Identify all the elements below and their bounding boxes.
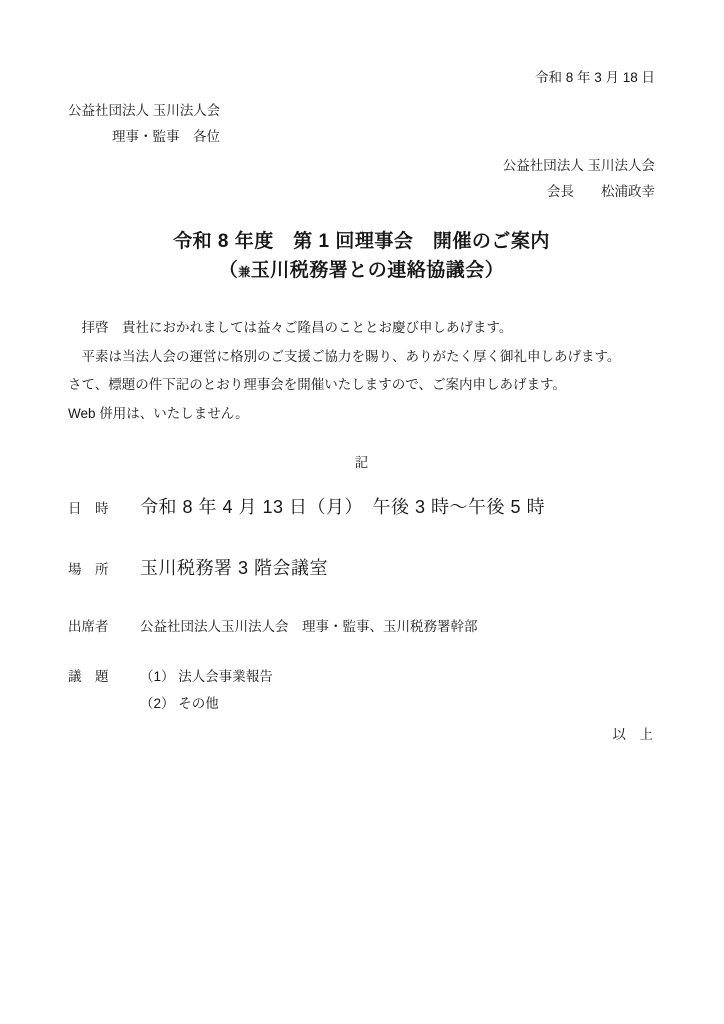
place-label: 場 所 (68, 557, 140, 583)
detail-row-datetime: 日 時 令和 8 年 4 月 13 日（月） 午後 3 時～午後 5 時 (68, 494, 655, 522)
document-subtitle: （兼玉川税務署との連絡協議会） (68, 256, 655, 287)
agenda-item-1: （1） 法人会事業報告 (140, 664, 273, 690)
agenda-item-2: （2） その他 (140, 690, 273, 718)
greeting-line-1: 拝啓 貴社におかれましては益々ご隆昌のこととお慶び申しあげます。 (68, 314, 655, 343)
subtitle-small-kanji: 兼 (238, 265, 251, 279)
record-mark: 記 (68, 449, 655, 477)
web-note-line: Web 併用は、いたしません。 (68, 400, 655, 429)
subtitle-open-paren: （ (219, 260, 239, 281)
detail-row-attendees: 出席者 公益社団法人玉川法人会 理事・監事、玉川税務署幹部 (68, 614, 655, 640)
addressee-organization: 公益社団法人 玉川法人会 (68, 101, 655, 121)
detail-row-agenda: 議 題 （1） 法人会事業報告 （2） その他 (68, 664, 655, 718)
addressee-recipients: 理事・監事 各位 (68, 127, 655, 147)
issue-date: 令和 8 年 3 月 18 日 (68, 68, 655, 88)
greeting-paragraph: 拝啓 貴社におかれましては益々ご隆昌のこととお慶び申しあげます。 平素は当法人会… (68, 314, 655, 428)
document-title: 令和 8 年度 第 1 回理事会 開催のご案内 (68, 228, 655, 256)
sender-chairman: 会長 松浦政幸 (68, 182, 655, 202)
datetime-value: 令和 8 年 4 月 13 日（月） 午後 3 時～午後 5 時 (140, 494, 545, 520)
closing-mark: 以 上 (68, 722, 655, 748)
attendees-value: 公益社団法人玉川法人会 理事・監事、玉川税務署幹部 (140, 614, 478, 640)
agenda-label: 議 題 (68, 664, 140, 690)
detail-row-place: 場 所 玉川税務署 3 階会議室 (68, 555, 655, 583)
agenda-items: （1） 法人会事業報告 （2） その他 (140, 664, 273, 718)
subtitle-rest: 玉川税務署との連絡協議会） (251, 260, 505, 281)
attendees-label: 出席者 (68, 614, 140, 640)
document-page: 令和 8 年 3 月 18 日 公益社団法人 玉川法人会 理事・監事 各位 公益… (0, 0, 724, 1024)
sender-organization: 公益社団法人 玉川法人会 (68, 156, 655, 176)
greeting-line-2: 平素は当法人会の運営に格別のご支援ご協力を賜り、ありがたく厚く御礼申しあげます。 (68, 343, 655, 372)
datetime-label: 日 時 (68, 496, 140, 522)
place-value: 玉川税務署 3 階会議室 (140, 555, 328, 581)
greeting-line-3: さて、標題の件下記のとおり理事会を開催いたしますので、ご案内申しあげます。 (68, 371, 655, 400)
